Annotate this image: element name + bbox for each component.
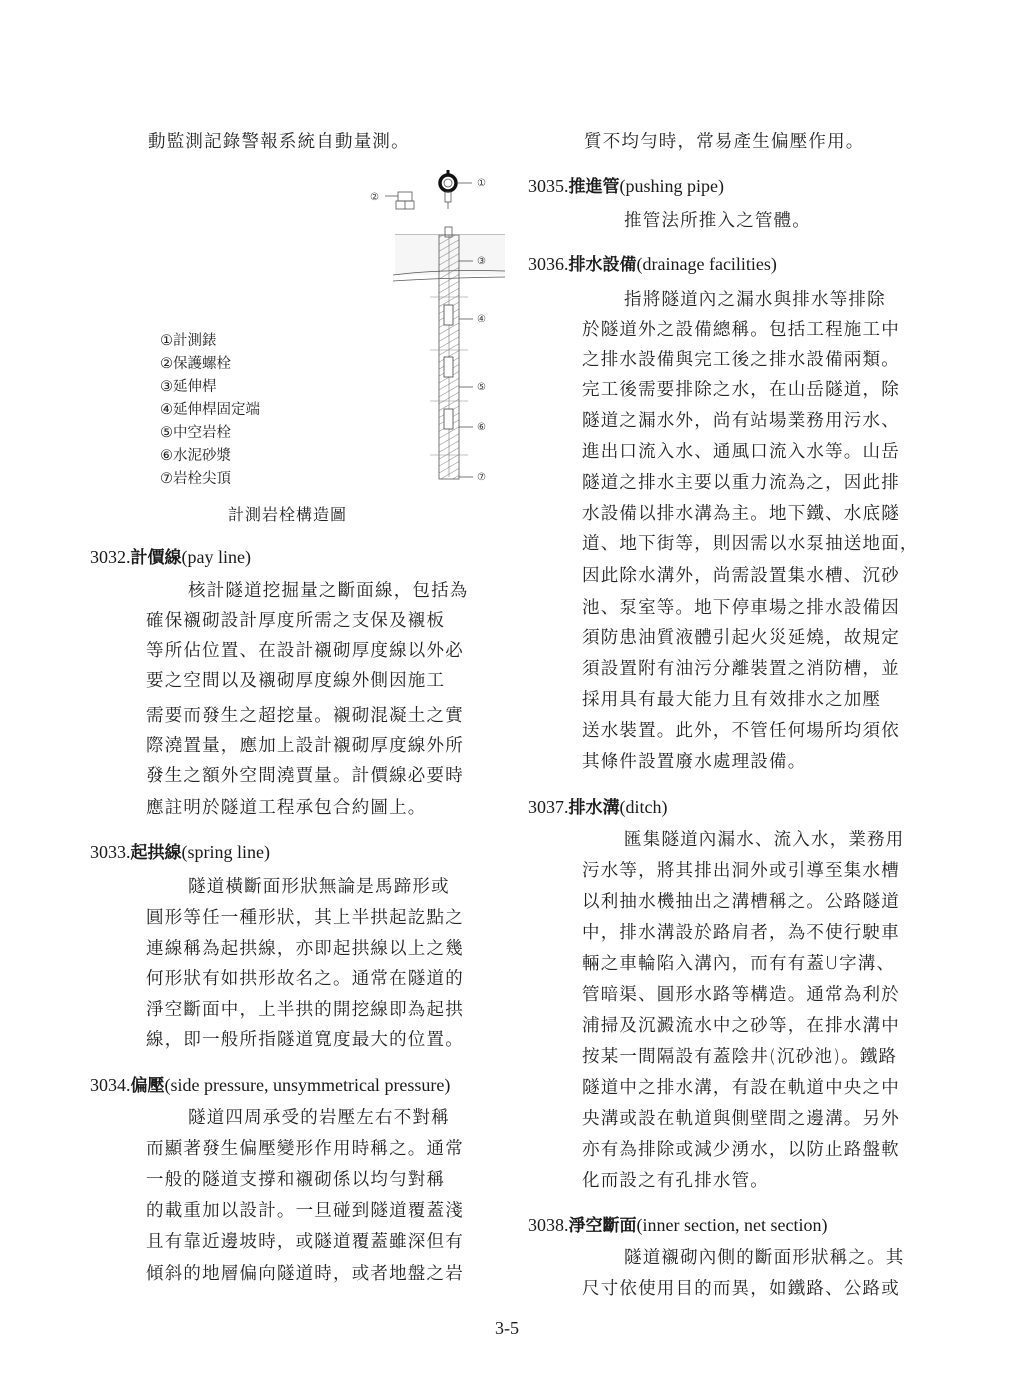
entry-number: 3032. bbox=[90, 547, 131, 567]
entry-term-en: (inner section, net section) bbox=[637, 1215, 828, 1235]
svg-text:①: ① bbox=[477, 178, 486, 189]
legend-item: ③延伸桿 bbox=[160, 375, 217, 396]
entry-heading-3037: 3037.排水溝(ditch) bbox=[528, 793, 667, 818]
paragraph-line: 應註明於隧道工程承包合約圖上。 bbox=[146, 794, 427, 819]
paragraph-line: 中，排水溝設於路肩者，為不使行駛車 bbox=[582, 919, 900, 944]
entry-number: 3034. bbox=[90, 1075, 131, 1095]
paragraph-line: 何形狀有如拱形故名之。通常在隧道的 bbox=[146, 965, 464, 990]
paragraph-line: 隧道四周承受的岩壓左右不對稱 bbox=[188, 1104, 450, 1129]
svg-text:②: ② bbox=[370, 192, 379, 203]
svg-text:③: ③ bbox=[477, 256, 486, 267]
entry-term-zh: 排水溝 bbox=[569, 798, 620, 818]
paragraph-line: 輛之車輪陷入溝內，而有有蓋U字溝、 bbox=[582, 950, 895, 975]
legend-item: ⑥水泥砂漿 bbox=[160, 444, 231, 465]
entry-term-zh: 排水設備 bbox=[569, 255, 637, 275]
protective-bolt-icon: ② bbox=[370, 192, 414, 209]
paragraph-line: 浦掃及沉澱流水中之砂等，在排水溝中 bbox=[582, 1012, 900, 1037]
paragraph-line: 水設備以排水溝為主。地下鐵、水底隧 bbox=[582, 500, 900, 525]
legend-item: ①計測錶 bbox=[160, 329, 217, 350]
paragraph-line: 完工後需要排除之水，在山岳隧道，除 bbox=[582, 376, 900, 401]
figure-caption: 計測岩栓構造圖 bbox=[228, 502, 347, 525]
paragraph-line: 央溝或設在軌道與側壁間之邊溝。另外 bbox=[582, 1105, 900, 1130]
entry-term-zh: 起拱線 bbox=[131, 843, 182, 863]
paragraph-line: 且有靠近邊坡時，或隧道覆蓋雖深但有 bbox=[146, 1228, 464, 1253]
paragraph-line: 隧道之漏水外，尚有站場業務用污水、 bbox=[582, 407, 900, 432]
paragraph-line: 其條件設置廢水處理設備。 bbox=[582, 748, 806, 773]
paragraph-line: 等所佔位置、在設計襯砌厚度線以外必 bbox=[146, 637, 464, 662]
paragraph-line: 淨空斷面中，上半拱的開挖線即為起拱 bbox=[146, 996, 464, 1021]
paragraph-line: 管暗渠、圓形水路等構造。通常為利於 bbox=[582, 981, 900, 1006]
paragraph-line: 因此除水溝外，尚需設置集水槽、沉砂 bbox=[582, 562, 900, 587]
paragraph-line: 而顯著發生偏壓變形作用時稱之。通常 bbox=[146, 1135, 464, 1160]
legend-item: ④延伸桿固定端 bbox=[160, 398, 260, 419]
paragraph-line: 採用具有最大能力且有效排水之加壓 bbox=[582, 686, 881, 711]
svg-text:⑦: ⑦ bbox=[477, 472, 486, 483]
entry-term-en: (ditch) bbox=[620, 797, 668, 817]
entry-number: 3033. bbox=[90, 842, 131, 862]
gauge-icon: ① bbox=[440, 170, 486, 209]
entry-heading-3032: 3032.計價線(pay line) bbox=[90, 543, 251, 568]
paragraph-line: 隧道之排水主要以重力流為之，因此排 bbox=[582, 469, 900, 494]
entry-heading-3034: 3034.偏壓(side pressure, unsymmetrical pre… bbox=[90, 1071, 450, 1096]
paragraph-line: 池、泵室等。地下停車場之排水設備因 bbox=[582, 594, 900, 619]
entry-term-zh: 推進管 bbox=[569, 177, 620, 197]
paragraph-line: 發生之額外空間澆賈量。計價線必要時 bbox=[146, 762, 464, 787]
paragraph-line: 送水裝置。此外，不管任何場所均須依 bbox=[582, 717, 900, 742]
paragraph-line: 確保襯砌設計厚度所需之支保及襯板 bbox=[146, 607, 445, 632]
paragraph-line: 隧道橫斷面形狀無論是馬蹄形或 bbox=[188, 873, 450, 898]
paragraph-line: 圓形等任一種形狀，其上半拱起訖點之 bbox=[146, 904, 464, 929]
paragraph-line: 之排水設備與完工後之排水設備兩類。 bbox=[582, 346, 900, 371]
entry-heading-3038: 3038.淨空斷面(inner section, net section) bbox=[528, 1211, 827, 1236]
paragraph-line: 核計隧道挖掘量之斷面線，包括為 bbox=[188, 577, 469, 602]
entry-number: 3035. bbox=[528, 176, 569, 196]
paragraph-line: 於隧道外之設備總稱。包括工程施工中 bbox=[582, 316, 900, 341]
paragraph-line: 尺寸依使用目的而異，如鐵路、公路或 bbox=[582, 1275, 900, 1300]
legend-item: ⑦岩栓尖頂 bbox=[160, 467, 231, 488]
entry-number: 3037. bbox=[528, 797, 569, 817]
paragraph-line: 指將隧道內之漏水與排水等排除 bbox=[624, 286, 886, 311]
paragraph-line: 化而設之有孔排水管。 bbox=[582, 1167, 769, 1192]
paragraph-line: 推管法所推入之管體。 bbox=[624, 207, 811, 232]
paragraph-line: 傾斜的地層偏向隧道時，或者地盤之岩 bbox=[146, 1260, 464, 1285]
paragraph-line: 連線稱為起拱線，亦即起拱線以上之幾 bbox=[146, 935, 464, 960]
entry-term-zh: 淨空斷面 bbox=[569, 1216, 637, 1236]
paragraph-line: 線，即一般所指隧道寬度最大的位置。 bbox=[146, 1026, 464, 1051]
entry-heading-3036: 3036.排水設備(drainage facilities) bbox=[528, 250, 777, 275]
svg-text:⑤: ⑤ bbox=[477, 382, 486, 393]
paragraph-line: 須防患油質液體引起火災延燒，故規定 bbox=[582, 624, 900, 649]
entry-term-zh: 偏壓 bbox=[131, 1076, 165, 1096]
svg-text:⑥: ⑥ bbox=[477, 422, 486, 433]
legend-item: ⑤中空岩栓 bbox=[160, 421, 231, 442]
entry-term-en: (drainage facilities) bbox=[637, 254, 777, 274]
continuation-text: 動監測記錄警報系統自動量測。 bbox=[148, 128, 410, 153]
entry-term-en: (pay line) bbox=[182, 547, 251, 567]
svg-text:④: ④ bbox=[477, 314, 486, 325]
paragraph-line: 亦有為排除或減少湧水，以防止路盤軟 bbox=[582, 1136, 900, 1161]
continuation-text: 質不均勻時，常易產生偏壓作用。 bbox=[584, 128, 865, 153]
paragraph-line: 進出口流入水、通風口流入水等。山岳 bbox=[582, 438, 900, 463]
paragraph-line: 須設置附有油污分離裝置之消防槽，並 bbox=[582, 655, 900, 680]
page-number: 3-5 bbox=[495, 1318, 519, 1339]
paragraph-line: 隧道襯砌內側的斷面形狀稱之。其 bbox=[624, 1244, 905, 1269]
entry-term-en: (side pressure, unsymmetrical pressure) bbox=[165, 1075, 451, 1095]
paragraph-line: 按某一間隔設有蓋陰井(沉砂池)。鐵路 bbox=[582, 1043, 897, 1068]
paragraph-line: 的載重加以設計。一旦碰到隧道覆蓋淺 bbox=[146, 1197, 464, 1222]
entry-number: 3036. bbox=[528, 254, 569, 274]
paragraph-line: 一般的隧道支撐和襯砌係以均勻對稱 bbox=[146, 1166, 445, 1191]
entry-number: 3038. bbox=[528, 1215, 569, 1235]
entry-term-en: (pushing pipe) bbox=[620, 176, 724, 196]
paragraph-line: 道、地下街等，則因需以水泵抽送地面， bbox=[582, 530, 919, 555]
rock-bolt-diagram: ① ② bbox=[360, 165, 510, 485]
entry-heading-3033: 3033.起拱線(spring line) bbox=[90, 838, 270, 863]
entry-heading-3035: 3035.推進管(pushing pipe) bbox=[528, 172, 724, 197]
paragraph-line: 以利抽水機抽出之溝槽稱之。公路隧道 bbox=[582, 888, 900, 913]
paragraph-line: 要之空間以及襯砌厚度線外側因施工 bbox=[146, 667, 445, 692]
paragraph-line: 污水等，將其排出洞外或引導至集水槽 bbox=[582, 857, 900, 882]
paragraph-line: 匯集隧道內漏水、流入水，業務用 bbox=[624, 826, 905, 851]
paragraph-line: 際澆置量，應加上設計襯砌厚度線外所 bbox=[146, 732, 464, 757]
legend-item: ②保護螺栓 bbox=[160, 352, 231, 373]
paragraph-line: 隧道中之排水溝，有設在軌道中央之中 bbox=[582, 1074, 900, 1099]
entry-term-zh: 計價線 bbox=[131, 548, 182, 568]
entry-term-en: (spring line) bbox=[182, 842, 270, 862]
paragraph-line: 需要而發生之超挖量。襯砌混凝土之實 bbox=[146, 702, 464, 727]
